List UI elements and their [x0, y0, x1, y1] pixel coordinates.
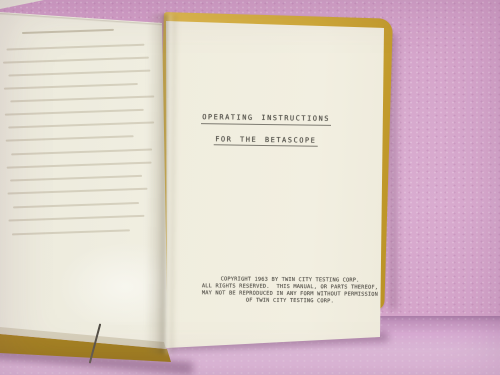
copyright-line: OF TWIN CITY TESTING CORP.	[198, 297, 382, 306]
ghost-text-line	[10, 95, 154, 102]
ghost-text-line	[11, 149, 152, 156]
ghost-text-line	[10, 175, 142, 182]
ghost-text-line	[13, 202, 139, 208]
ghost-text-line	[5, 109, 144, 116]
ghost-text-line	[8, 70, 150, 77]
ghost-text-line	[8, 188, 148, 195]
ghost-text-line	[6, 135, 134, 141]
title-block: OPERATING INSTRUCTIONS FOR THE BETASCOPE	[198, 104, 335, 147]
ghost-text-line	[4, 83, 138, 90]
ghost-text-line	[7, 44, 145, 51]
ghost-text-line	[22, 29, 114, 34]
ghost-text-line	[7, 162, 152, 169]
title-line-2: FOR THE BETASCOPE	[214, 135, 317, 147]
ghost-text	[2, 27, 160, 267]
ghost-text-line	[8, 215, 144, 222]
ghost-text-line	[12, 229, 130, 235]
ghost-text-line	[3, 57, 149, 64]
ghost-text-line	[8, 121, 154, 128]
copyright-notice: COPYRIGHT 1963 BY TWIN CITY TESTING CORP…	[198, 276, 382, 306]
title-line-1: OPERATING INSTRUCTIONS	[201, 113, 331, 125]
photo-of-open-manual: OPERATING INSTRUCTIONS FOR THE BETASCOPE…	[0, 0, 500, 375]
